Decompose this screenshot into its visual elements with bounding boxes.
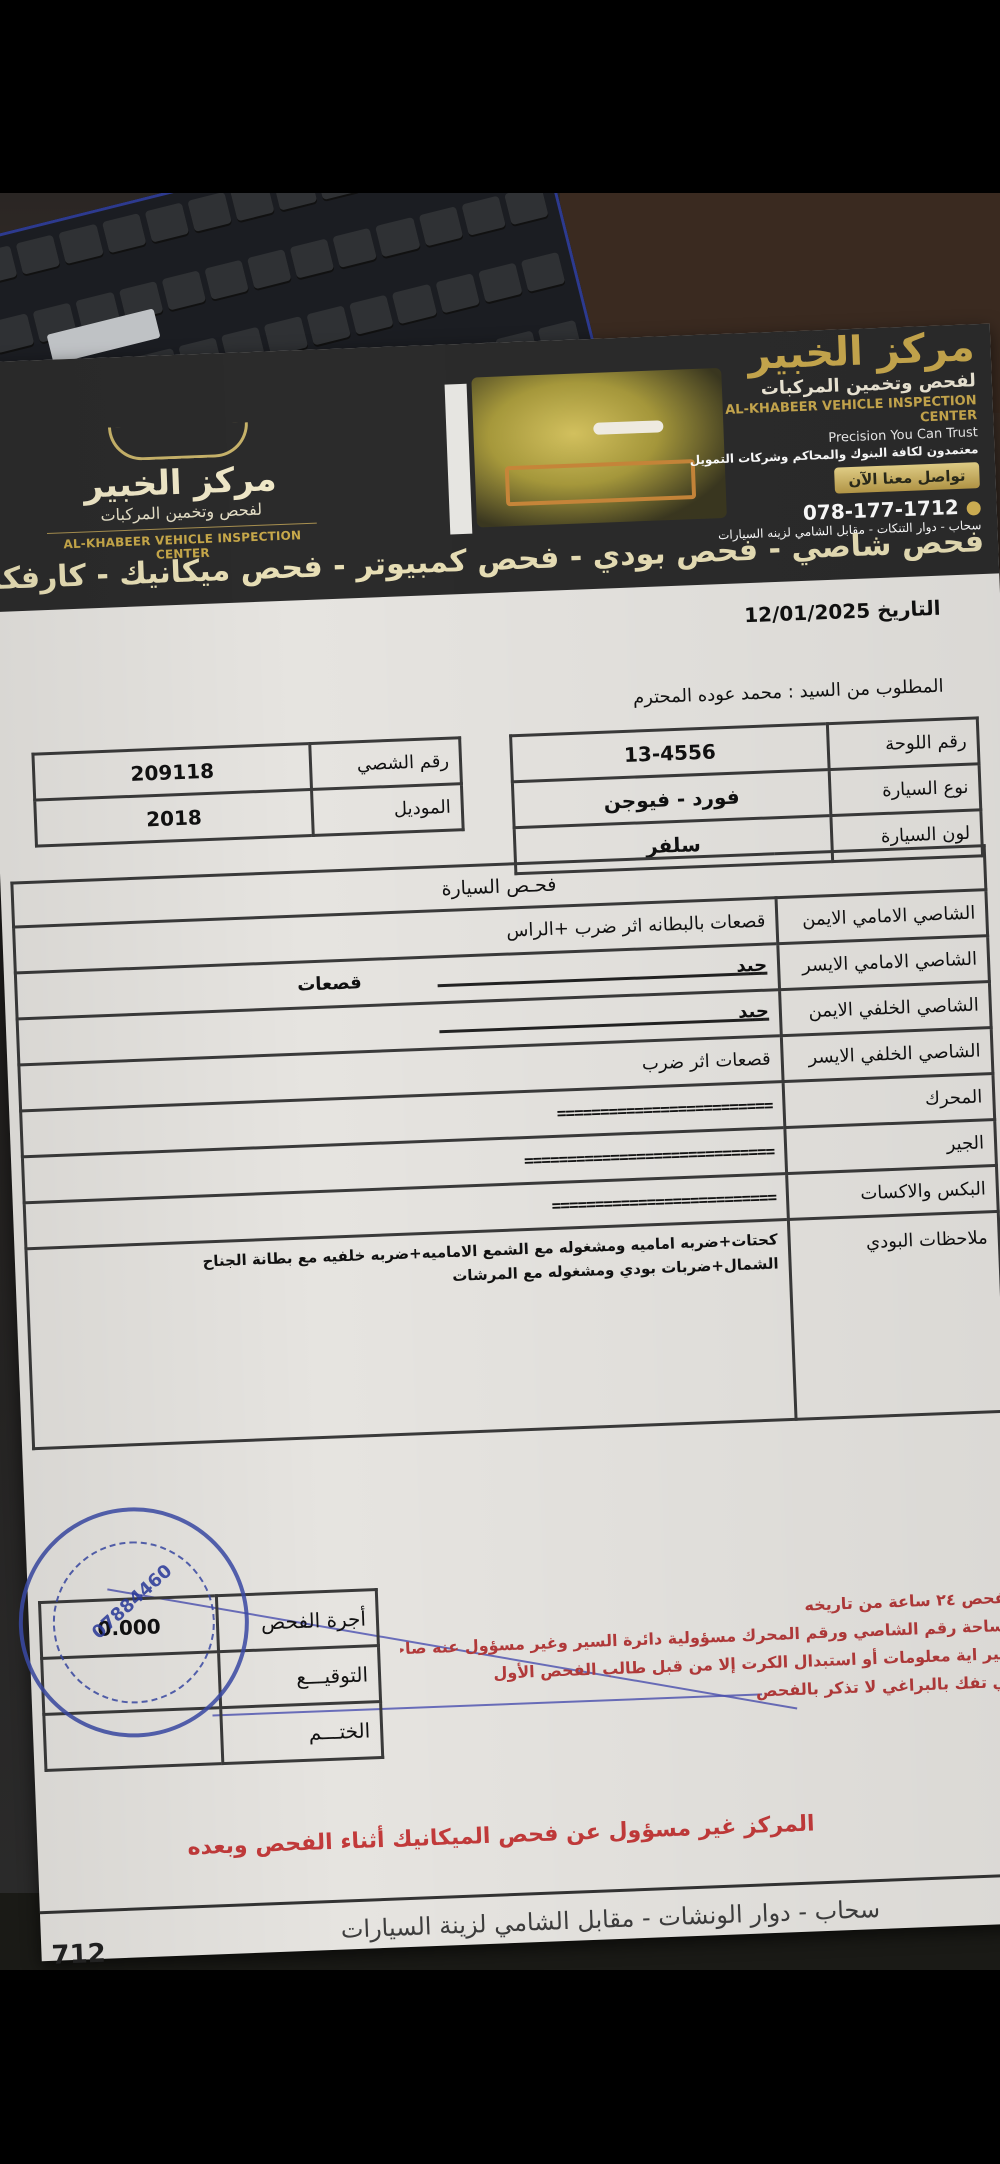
- row-label: الشاصي الامامي الايسر: [778, 936, 990, 990]
- body-notes: كحتات+ضربه اماميه ومشغوله مع الشمع الاما…: [26, 1220, 796, 1449]
- row-label: المحرك: [783, 1074, 995, 1128]
- customer-name: محمد عوده المحترم: [633, 682, 783, 709]
- requested-label: المطلوب من السيد :: [787, 676, 944, 703]
- contact-us-badge: تواصل معنا الآن: [834, 462, 980, 494]
- phone-icon: [966, 501, 981, 516]
- date-label: التاريخ: [877, 596, 941, 622]
- car-grille: [505, 459, 696, 506]
- row-label: البكس والاكسات: [787, 1165, 999, 1219]
- good-mark: جيد: [439, 1007, 769, 1034]
- header-band: مركز الخبير لفحص وتخمين المركبات AL-KHAB…: [0, 324, 999, 613]
- row-extra: قصعات: [297, 972, 362, 995]
- model-value: 2018: [35, 789, 314, 846]
- row-label: الجير: [785, 1120, 997, 1174]
- chassis-model-table: رقم الشصي 209118 الموديل 2018: [31, 736, 464, 847]
- serial-number: 712: [51, 1939, 106, 1970]
- chassis-label: رقم الشصي: [310, 738, 462, 790]
- inspection-table: فحـص السيارة الشاصي الامامي الايمن قصعات…: [10, 844, 1000, 1450]
- mechanic-disclaimer: المركز غير مسؤول عن فحص الميكانيك أثناء …: [187, 1811, 815, 1860]
- plate-label: رقم اللوحة: [827, 718, 979, 770]
- logo-chevron-icon: [108, 422, 249, 461]
- stamp-inner-ring: [50, 1538, 218, 1706]
- date-value: 12/01/2025: [744, 598, 871, 627]
- row-label: الشاصي الخلفي الايمن: [780, 982, 992, 1036]
- table-row: ملاحظات البودي كحتات+ضربه اماميه ومشغوله…: [26, 1211, 1000, 1448]
- date-line: التاريخ 12/01/2025: [744, 596, 941, 628]
- body-notes-label: ملاحظات البودي: [788, 1211, 1000, 1419]
- good-mark: جيد: [437, 961, 767, 988]
- white-strip: [445, 384, 473, 535]
- stamp-label: الختـــم: [221, 1702, 383, 1764]
- terms-list: صلاحية الفحص ٢٤ ساعة من تاريخه مطابقة مس…: [398, 1581, 1000, 1719]
- requested-from: المطلوب من السيد : محمد عوده المحترم: [633, 676, 944, 709]
- inspection-report: مركز الخبير لفحص وتخمين المركبات AL-KHAB…: [0, 324, 1000, 1962]
- photo: مركز الخبير لفحص وتخمين المركبات AL-KHAB…: [0, 193, 1000, 1970]
- car-headlight: [593, 420, 663, 435]
- row-label: الشاصي الامامي الايمن: [776, 890, 988, 944]
- good-text: جيد: [738, 1001, 770, 1023]
- car-type-label: نوع السيارة: [829, 764, 981, 816]
- model-label: الموديل: [312, 784, 464, 836]
- good-text: جيد: [736, 955, 768, 977]
- row-label: الشاصي الخلفي الايسر: [781, 1028, 993, 1082]
- center-logo: مركز الخبير لفحص وتخمين المركبات AL-KHAB…: [43, 420, 318, 566]
- header-contact-block: مركز الخبير لفحص وتخمين المركبات AL-KHAB…: [674, 324, 982, 543]
